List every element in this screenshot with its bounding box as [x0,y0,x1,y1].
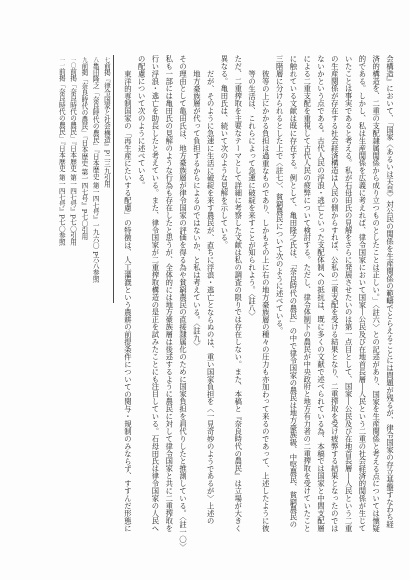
footnote-separator-line [113,55,114,303]
text-column: の配慮について次のように述べている。 [135,55,149,547]
body-text: 会構造』において、「国家〈あるいは天皇〉対公民の関係を生産関係の範疇でとらえるこ… [121,55,397,547]
footnote: 一〇前掲「奈良時代の農民」『日本歴史 第一四七号』P七〇引用 [66,57,77,313]
footnote: 八亀田隆之「奈良時代の農民」『日本歴史 第一四七号』一九六〇 P六八参照 [89,57,100,313]
text-column: ないかという点である。古代人民の浮浪・逃亡といった支配体制への抵抗は、既に多くの… [314,55,328,547]
text-column: 三階層に分けられるとした上で〈註七〉、貧窮農民について次のように述べている。 [273,55,287,547]
quote-column: 等の生活は、これらによって急速に破綻を来すことが知られよう。〈註八〉 [245,55,259,562]
footnote-number: 一一 [58,57,64,68]
footnote-number: 八 [92,57,98,63]
footnote-number: 七 [103,57,109,63]
footnote-text: 前掲『律令国家と社会構造』P二三九引用 [102,63,110,188]
footnote-number: 一〇 [70,57,76,68]
footnote: 七前掲『律令国家と社会構造』P二三九引用 [100,57,111,313]
text-column: に触れている文献は既に存在する。例として、亀田隆之氏は、「奈良時代の農民」の中で… [287,55,301,547]
scanned-document-page: 会構造』において、「国家〈あるいは天皇〉対公民の関係を生産関係の範疇でとらえるこ… [0,0,410,580]
text-column: いたことは事実であると考える。私が石母田氏の見解をさらに発展させたいのは第一点目… [342,55,356,547]
footnote-text: 前掲「奈良時代の農民」『日本歴史 第一四七号』P七〇引用 [69,68,77,246]
quote-column: 東洋的専制国家の「再生産にたいする配慮」の特徴は、人工灌漑という農耕の前提条件に… [121,55,135,562]
text-column: 的である。しかし、私は生産関係を広義に考えれば、律令国家において国家―公民及び在… [356,55,370,547]
quote-column: だが、そのように急速に生活に破綻を来す農民が、直ちに浮浪・逃亡とならぬのは、重い… [204,55,218,562]
footnotes: 七前掲『律令国家と社会構造』P二三九引用 八亀田隆之「奈良時代の農民」『日本歴史… [55,57,111,313]
footnote: 九前掲「奈良時代の農民」『日本歴史 第一四七号』P七〇引用 [78,57,89,313]
text-column: 行い浮浪・逃亡を助長したと考えている。また、律令国家が二重搾取構造の是正を試みた… [149,55,163,547]
text-column: ただ、二重搾取を主要なテーマとして詳細に考察した文献は私の調査の限りでは存在しな… [231,55,245,547]
footnote-text: 前掲「奈良時代の農民」『日本歴史 第一四七号』P七〇参照 [57,68,65,246]
text-column: 済的構造を、二重の支配隷属関係から成り立つものとしたことは正しい。」〈註六〉との… [369,55,383,547]
footnote-text: 前掲「奈良時代の農民」『日本歴史 第一四七号』P七〇引用 [80,63,88,241]
footnote-number: 九 [81,57,87,63]
text-column: その理由として亀田氏は、地方豪族層が律令国家の評価を得る為や貧窮農民の直接隷属化… [176,55,190,547]
footnote: 一一前掲「奈良時代の農民」『日本歴史 第一四七号』P七〇参照 [55,57,66,313]
quote-column: 地方豪族層が代って負担するからによるのではないか、と私は考えている。〈註九〉 [190,55,204,562]
text-column: 会構造』において、「国家〈あるいは天皇〉対公民の関係を生産関係の範疇でとらえるこ… [383,55,397,547]
text-column: の生産関係が存在する社会経済構造は人民の側からすれば、公私の二重支配を受ける結果… [328,55,342,547]
text-column: 私も一部には亀田氏の見解のような行為も存在したと思うが、全体的には地方豪族層は後… [162,55,176,547]
footnote-text: 亀田隆之「奈良時代の農民」『日本歴史 第一四七号』一九六〇 P六八参照 [91,63,99,283]
text-column: 異なる。亀田氏は、続いて次のような見解を示している。 [218,55,232,547]
quote-column: 彼等の上にかかる負担は過重なものであり、しかもその上に右の地方豪族層の種々の圧力… [259,55,273,562]
text-column: による二重支配を重視して古代人民の疲弊について検討する。ただし、律令体制下の農民… [300,55,314,547]
